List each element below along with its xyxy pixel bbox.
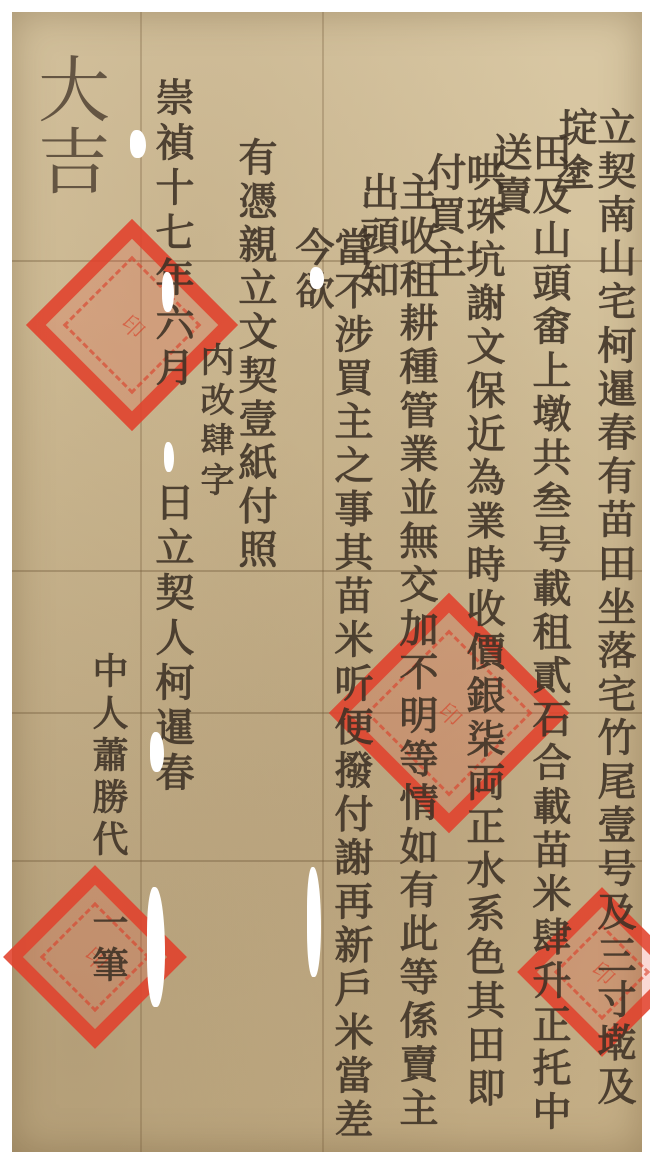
correction-note: 内改肆字: [197, 342, 231, 502]
contract-paper: 印 印 印 印 立契南山宅柯暹春有苗田坐落宅竹尾壹号及三寸墘及埞𡍼 田及山頭畬上…: [12, 12, 642, 1152]
paper-hole: [164, 442, 174, 472]
paper-hole: [310, 267, 324, 289]
contract-column-5: 當不涉買主之事其苗米听便撥付謝再新戶米當差今欲: [292, 227, 370, 1152]
paper-hole: [147, 887, 165, 1007]
contract-column-6: 有憑親立文契壹紙付照: [235, 137, 274, 573]
paper-hole: [130, 130, 146, 158]
top-left-annotation: 大吉: [32, 52, 104, 196]
paper-hole: [162, 272, 174, 312]
paper-hole: [150, 732, 164, 772]
middleman-column: 中人蕭勝代 一筆: [90, 652, 126, 988]
date-and-seller-column: 崇禎十七年六月 日立契人柯暹春: [152, 77, 191, 797]
